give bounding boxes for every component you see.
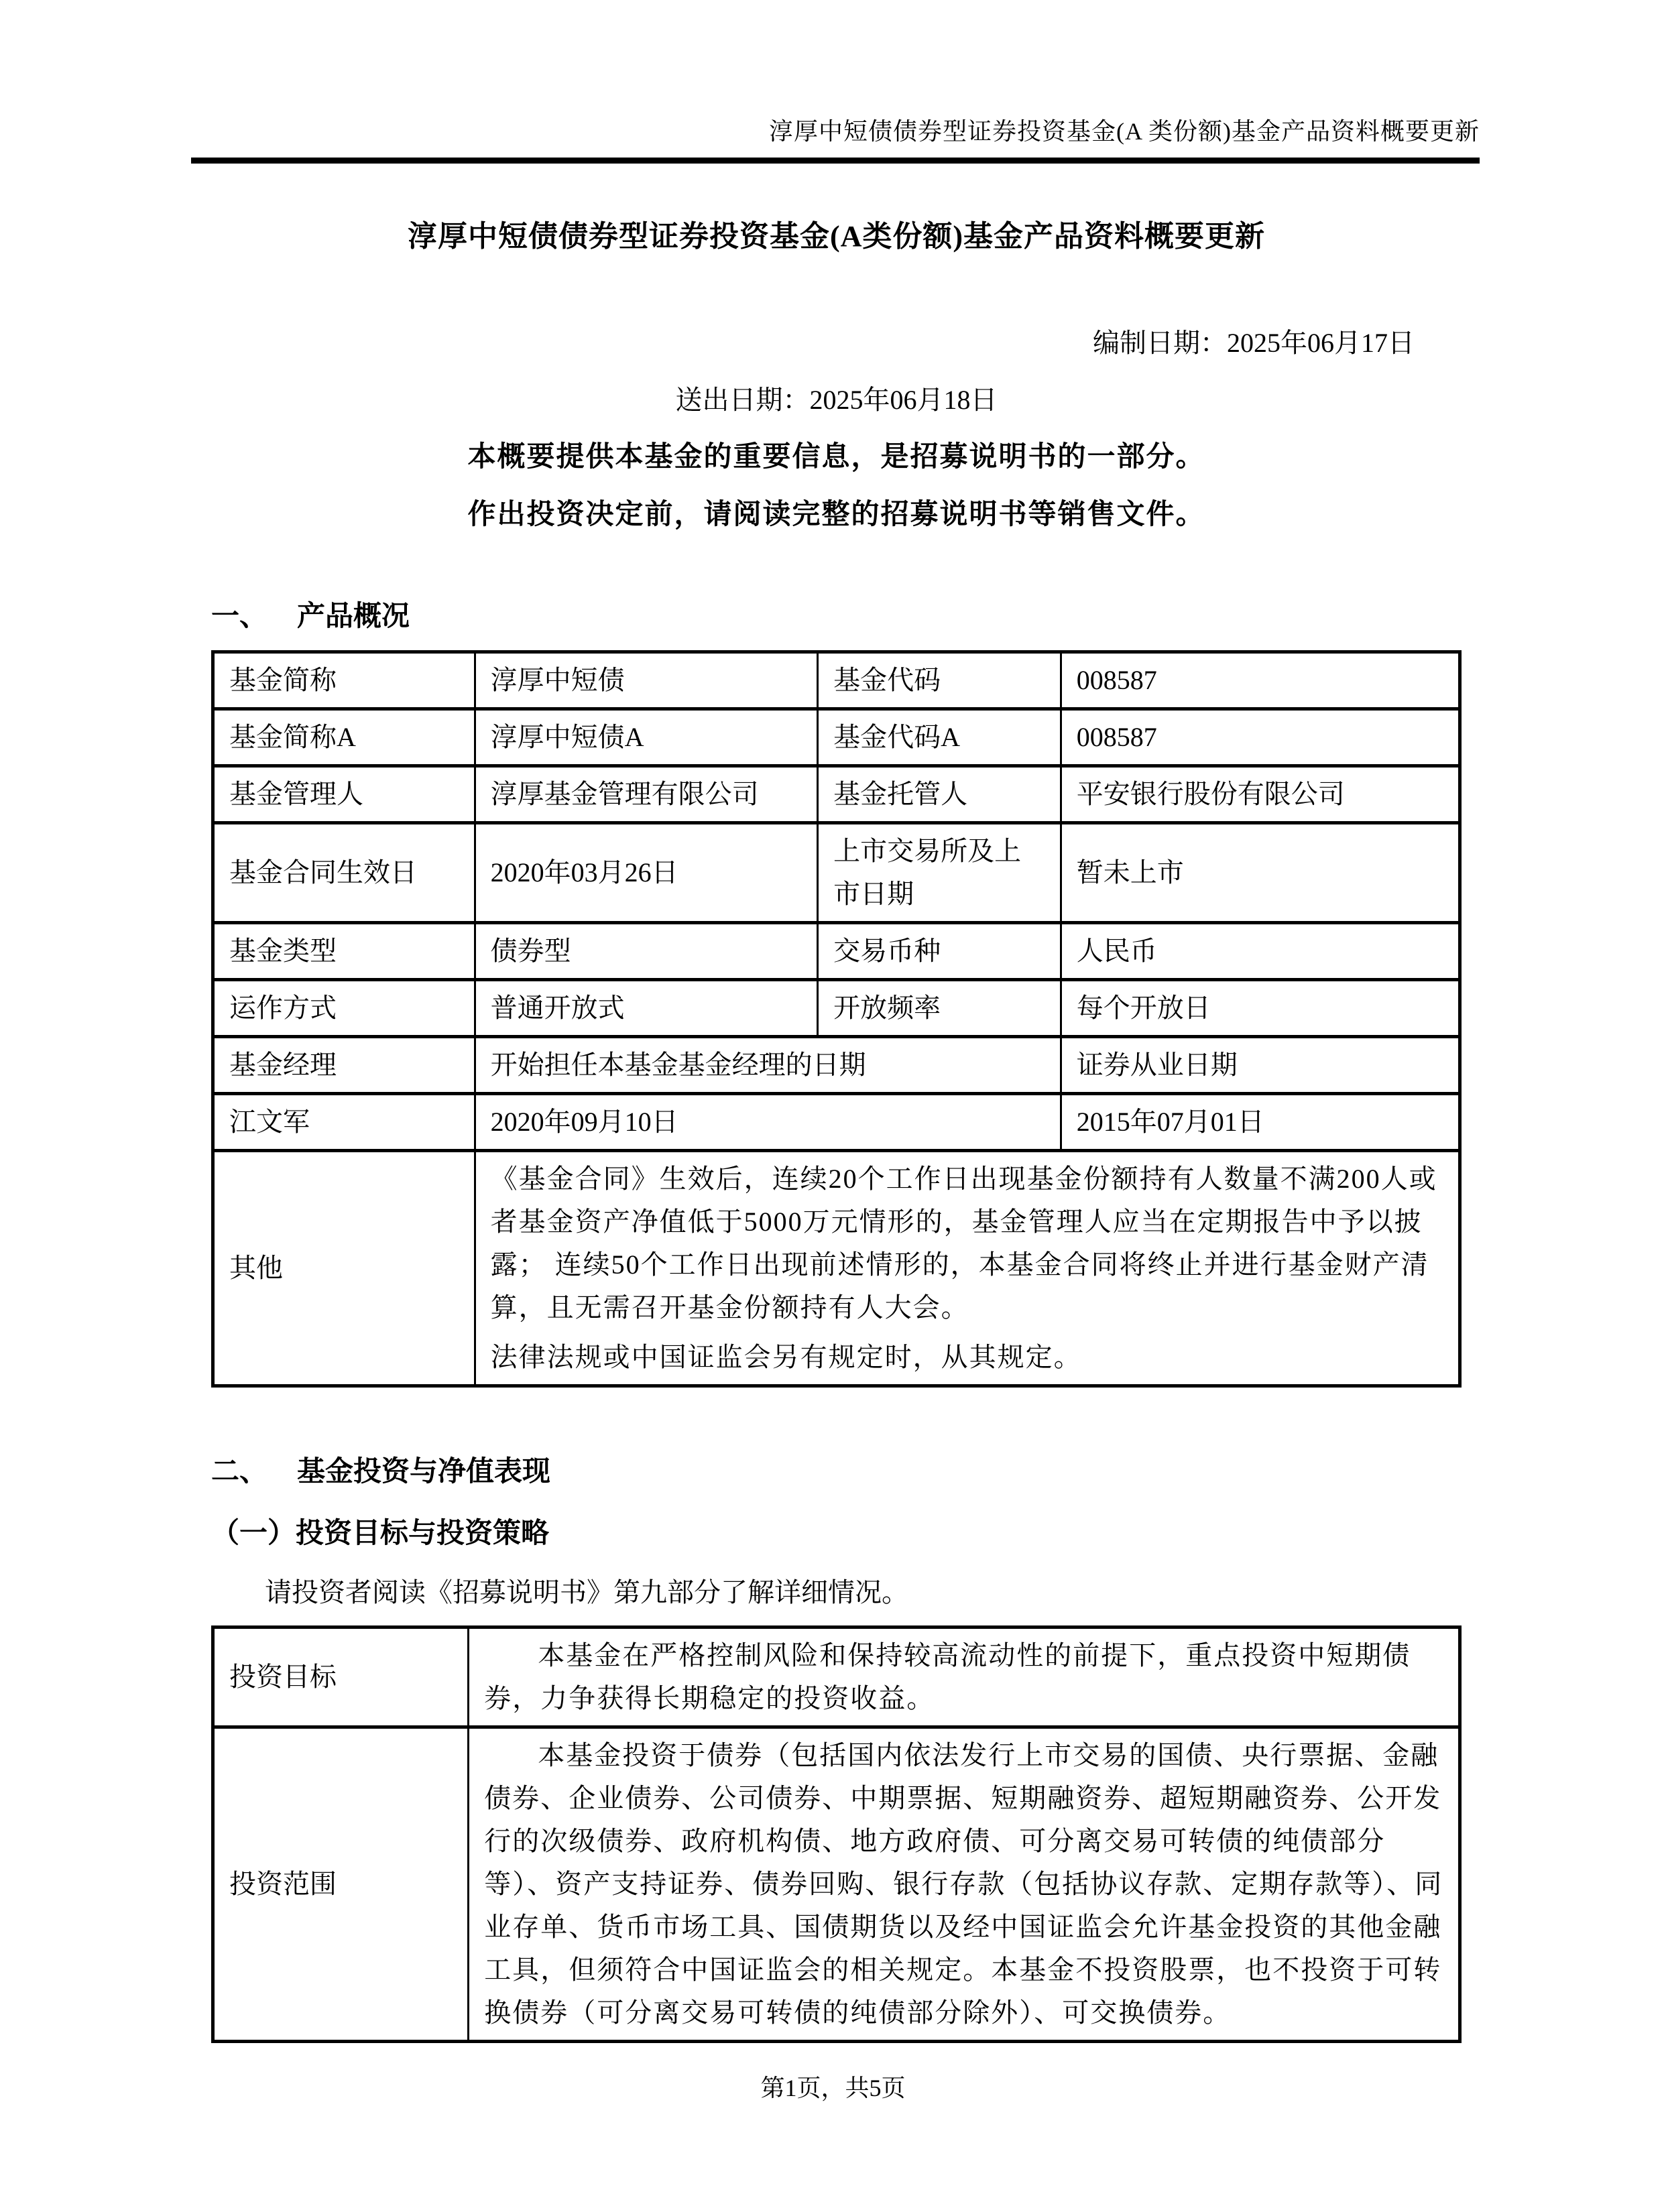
field-label: 基金合同生效日 <box>213 823 475 923</box>
table-row: 投资范围 本基金投资于债券（包括国内依法发行上市交易的国债、央行票据、金融债券、… <box>213 1727 1460 2042</box>
document-title: 淳厚中短债债券型证券投资基金(A类份额)基金产品资料概要更新 <box>211 212 1462 255</box>
table-row: 基金简称 淳厚中短债 基金代码 008587 <box>213 652 1460 709</box>
field-label: 开放频率 <box>818 980 1061 1037</box>
subsection-1-heading: （一）投资目标与投资策略 <box>211 1511 1462 1551</box>
field-label: 开始担任本基金基金经理的日期 <box>475 1037 1061 1094</box>
field-value: 008587 <box>1061 652 1460 709</box>
page-header: 淳厚中短债债券型证券投资基金(A 类份额)基金产品资料概要更新 <box>0 0 1666 164</box>
field-label: 基金简称A <box>213 709 475 766</box>
field-label: 基金经理 <box>213 1037 475 1094</box>
field-value: 人民币 <box>1061 923 1460 980</box>
section-1-title: 产品概况 <box>297 600 410 631</box>
investment-objective-text: 本基金在严格控制风险和保持较高流动性的前提下，重点投资中短期债券，力争获得长期稳… <box>469 1627 1460 1727</box>
field-value: 2015年07月01日 <box>1061 1094 1460 1151</box>
document-body: 淳厚中短债债券型证券投资基金(A类份额)基金产品资料概要更新 编制日期：2025… <box>211 212 1462 2043</box>
product-overview-table: 基金简称 淳厚中短债 基金代码 008587 基金简称A 淳厚中短债A 基金代码… <box>211 650 1462 1388</box>
other-terms-cell: 《基金合同》生效后，连续20个工作日出现基金份额持有人数量不满200人或者基金资… <box>475 1151 1460 1386</box>
field-label: 运作方式 <box>213 980 475 1037</box>
table-row: 投资目标 本基金在严格控制风险和保持较高流动性的前提下，重点投资中短期债券，力争… <box>213 1627 1460 1727</box>
notice-line-1: 本概要提供本基金的重要信息，是招募说明书的一部分。 <box>211 434 1462 475</box>
field-label: 基金管理人 <box>213 766 475 823</box>
reader-note: 请投资者阅读《招募说明书》第九部分了解详细情况。 <box>211 1571 1462 1609</box>
other-terms-paragraph-2: 法律法规或中国证监会另有规定时，从其规定。 <box>491 1336 1443 1379</box>
investment-objective-table: 投资目标 本基金在严格控制风险和保持较高流动性的前提下，重点投资中短期债券，力争… <box>211 1625 1462 2043</box>
field-value: 2020年03月26日 <box>475 823 818 923</box>
field-value: 每个开放日 <box>1061 980 1460 1037</box>
field-label: 基金代码 <box>818 652 1061 709</box>
section-1-heading: 一、产品概况 <box>211 594 1462 634</box>
table-row: 江文军 2020年09月10日 2015年07月01日 <box>213 1094 1460 1151</box>
other-terms-paragraph-1: 《基金合同》生效后，连续20个工作日出现基金份额持有人数量不满200人或者基金资… <box>491 1158 1443 1329</box>
field-label: 基金简称 <box>213 652 475 709</box>
table-row: 运作方式 普通开放式 开放频率 每个开放日 <box>213 980 1460 1037</box>
field-label: 基金托管人 <box>818 766 1061 823</box>
field-value: 008587 <box>1061 709 1460 766</box>
table-row: 基金管理人 淳厚基金管理有限公司 基金托管人 平安银行股份有限公司 <box>213 766 1460 823</box>
field-label: 上市交易所及上市日期 <box>818 823 1061 923</box>
section-2-title: 基金投资与净值表现 <box>297 1455 550 1487</box>
investment-scope-text: 本基金投资于债券（包括国内依法发行上市交易的国债、央行票据、金融债券、企业债券、… <box>469 1727 1460 2042</box>
prepared-date: 编制日期：2025年06月17日 <box>211 322 1462 360</box>
field-value: 债券型 <box>475 923 818 980</box>
field-value: 暂未上市 <box>1061 823 1460 923</box>
table-row: 基金简称A 淳厚中短债A 基金代码A 008587 <box>213 709 1460 766</box>
field-value: 淳厚中短债A <box>475 709 818 766</box>
table-row: 基金合同生效日 2020年03月26日 上市交易所及上市日期 暂未上市 <box>213 823 1460 923</box>
field-label: 基金类型 <box>213 923 475 980</box>
field-value: 淳厚中短债 <box>475 652 818 709</box>
fund-manager-name: 江文军 <box>213 1094 475 1151</box>
header-rule <box>191 158 1480 164</box>
field-value: 2020年09月10日 <box>475 1094 1061 1151</box>
section-2-heading: 二、基金投资与净值表现 <box>211 1449 1462 1489</box>
field-value: 淳厚基金管理有限公司 <box>475 766 818 823</box>
field-label: 投资范围 <box>213 1727 469 2042</box>
field-label: 投资目标 <box>213 1627 469 1727</box>
section-1-number: 一、 <box>211 600 267 631</box>
running-header-text: 淳厚中短债债券型证券投资基金(A 类份额)基金产品资料概要更新 <box>0 0 1666 158</box>
field-label: 证券从业日期 <box>1061 1037 1460 1094</box>
field-label: 其他 <box>213 1151 475 1386</box>
sent-date: 送出日期：2025年06月18日 <box>211 379 1462 417</box>
field-label: 基金代码A <box>818 709 1061 766</box>
notice-line-2: 作出投资决定前，请阅读完整的招募说明书等销售文件。 <box>211 492 1462 532</box>
table-row: 基金类型 债券型 交易币种 人民币 <box>213 923 1460 980</box>
page-number: 第1页，共5页 <box>0 2069 1666 2103</box>
document-page: 淳厚中短债债券型证券投资基金(A 类份额)基金产品资料概要更新 淳厚中短债债券型… <box>0 0 1666 2212</box>
field-value: 普通开放式 <box>475 980 818 1037</box>
table-row: 基金经理 开始担任本基金基金经理的日期 证券从业日期 <box>213 1037 1460 1094</box>
table-row: 其他 《基金合同》生效后，连续20个工作日出现基金份额持有人数量不满200人或者… <box>213 1151 1460 1386</box>
field-value: 平安银行股份有限公司 <box>1061 766 1460 823</box>
field-label: 交易币种 <box>818 923 1061 980</box>
section-2-number: 二、 <box>211 1455 267 1487</box>
